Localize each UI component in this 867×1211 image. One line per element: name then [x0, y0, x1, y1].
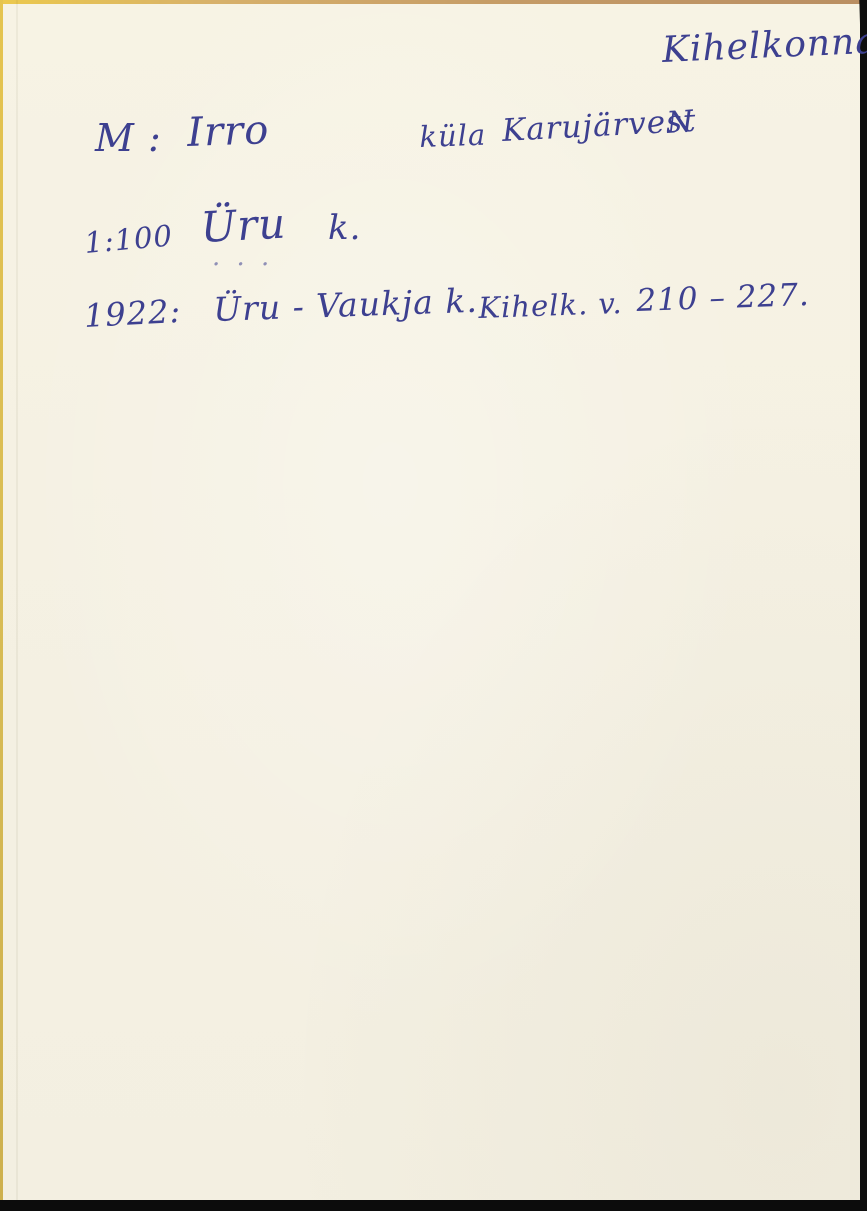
map-label: M : — [95, 116, 162, 160]
scale-note: 1:100 — [83, 218, 174, 260]
scan-edge-bottom — [0, 1200, 867, 1211]
scan-edge-right — [860, 0, 867, 1211]
paper-texture — [0, 0, 867, 1211]
scanned-index-card: Kihelkonna M : Irro küla Karujärvest N 1… — [0, 0, 867, 1211]
source-abbrev: Kihelk. v. — [478, 286, 623, 325]
underline-dots: · · · — [212, 250, 273, 280]
direction-note: N — [666, 104, 696, 141]
place-name-irro: Irro — [186, 107, 270, 156]
scan-edge-left — [0, 0, 3, 1211]
paper-crease — [16, 0, 18, 1211]
abbrev-kula: k. — [328, 208, 361, 248]
scan-edge-top — [0, 0, 867, 4]
page-range: 210 – 227. — [636, 277, 811, 319]
place-name-uru: Üru — [199, 199, 287, 252]
descriptor-kula: küla — [419, 118, 487, 154]
parish-name: Kihelkonna — [661, 21, 867, 71]
year-entry: 1922: — [83, 292, 182, 335]
village-names: Üru - Vaukja k. — [213, 281, 479, 329]
